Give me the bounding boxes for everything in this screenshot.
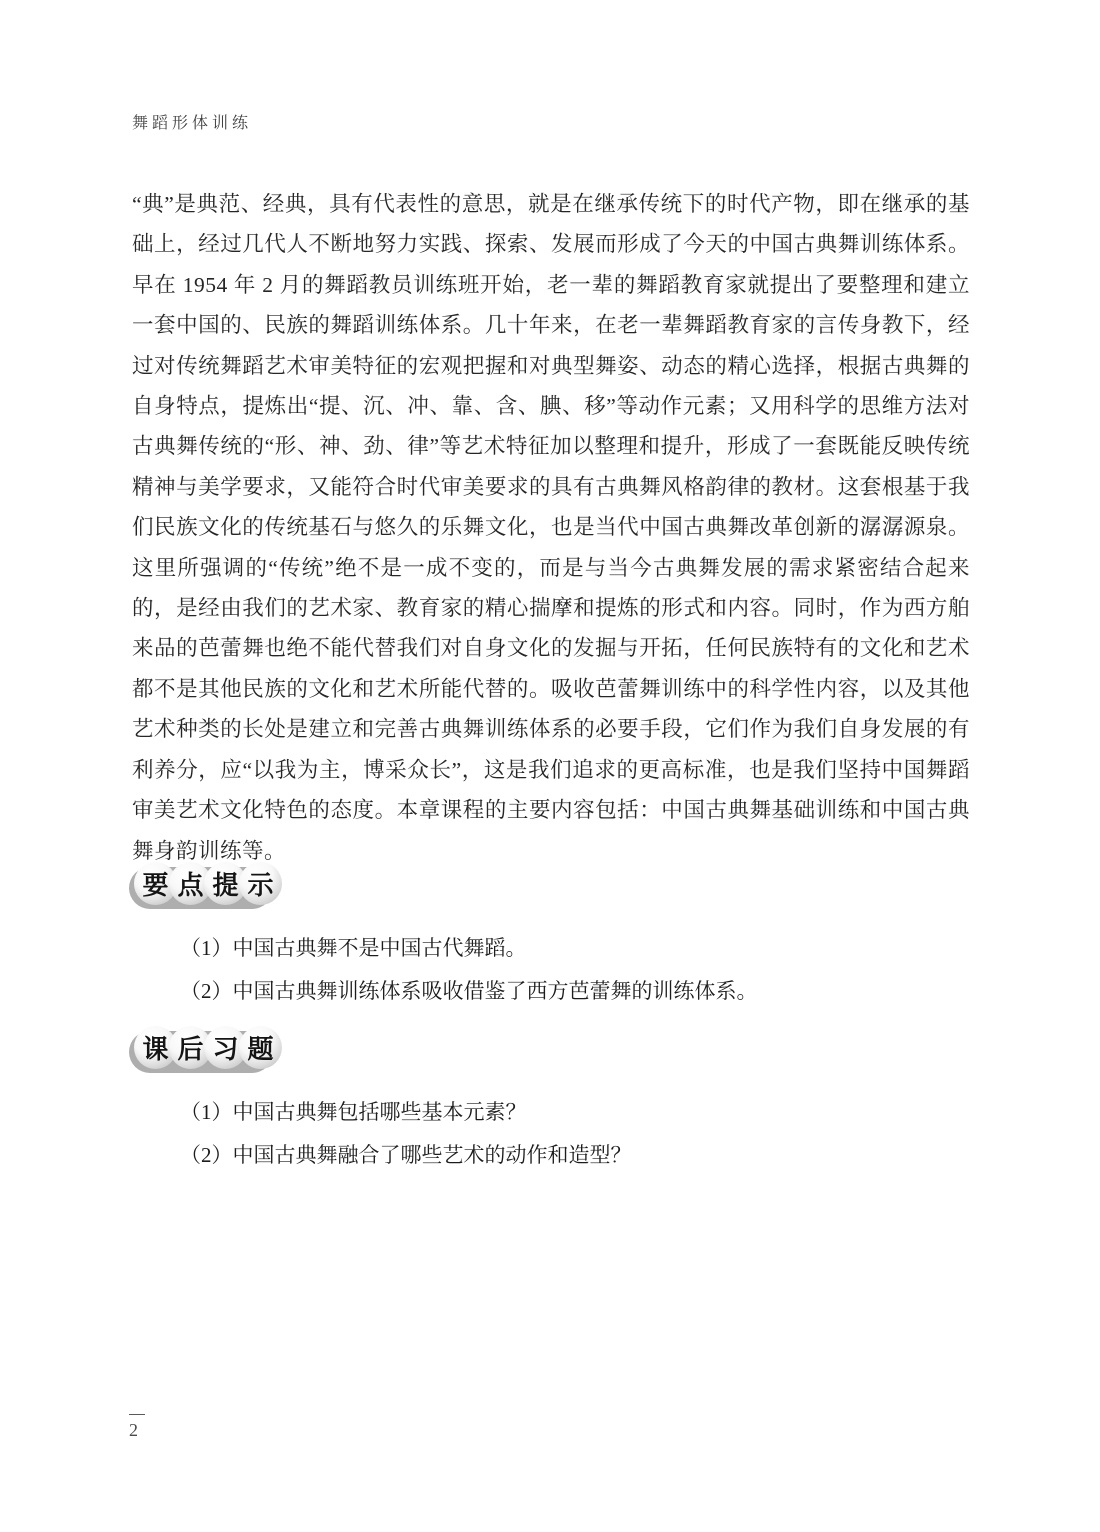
- key-points-badge: 要 点 提 示: [134, 862, 274, 905]
- book-page: 舞蹈形体训练 “典”是典范、经典，具有代表性的意思，就是在继承传统下的时代产物，…: [0, 0, 1100, 1532]
- body-paragraph: “典”是典范、经典，具有代表性的意思，就是在继承传统下的时代产物，即在继承的基础…: [132, 184, 970, 871]
- badge-char: 后: [177, 1029, 203, 1066]
- key-points-list: （1）中国古典舞不是中国古代舞蹈。 （2）中国古典舞训练体系吸收借鉴了西方芭蕾舞…: [180, 927, 972, 1013]
- key-point-item: （2）中国古典舞训练体系吸收借鉴了西方芭蕾舞的训练体系。: [180, 970, 972, 1013]
- exercise-item: （2）中国古典舞融合了哪些艺术的动作和造型？: [180, 1134, 972, 1177]
- page-number: 2: [129, 1414, 145, 1441]
- exercises-badge: 课 后 习 题: [134, 1026, 274, 1069]
- badge-char: 提: [212, 865, 238, 902]
- exercise-item: （1）中国古典舞包括哪些基本元素？: [180, 1091, 972, 1134]
- key-point-item: （1）中国古典舞不是中国古代舞蹈。: [180, 927, 972, 970]
- page-number-value: 2: [129, 1420, 138, 1441]
- page-number-rule: [129, 1414, 145, 1415]
- badge-char: 课: [142, 1029, 168, 1066]
- badge-char: 示: [247, 865, 273, 902]
- running-header: 舞蹈形体训练: [132, 110, 252, 133]
- badge-circle: 题: [239, 1026, 282, 1069]
- section-key-points: 要 点 提 示 （1）中国古典舞不是中国古代舞蹈。 （2）中国古典舞训练体系吸收…: [132, 862, 972, 1013]
- badge-circle: 示: [239, 862, 282, 905]
- badge-char: 习: [212, 1029, 238, 1066]
- exercises-list: （1）中国古典舞包括哪些基本元素？ （2）中国古典舞融合了哪些艺术的动作和造型？: [180, 1091, 972, 1177]
- section-exercises: 课 后 习 题 （1）中国古典舞包括哪些基本元素？ （2）中国古典舞融合了哪些艺…: [132, 1026, 972, 1177]
- badge-char: 点: [177, 865, 203, 902]
- badge-char: 题: [247, 1029, 273, 1066]
- badge-char: 要: [142, 865, 168, 902]
